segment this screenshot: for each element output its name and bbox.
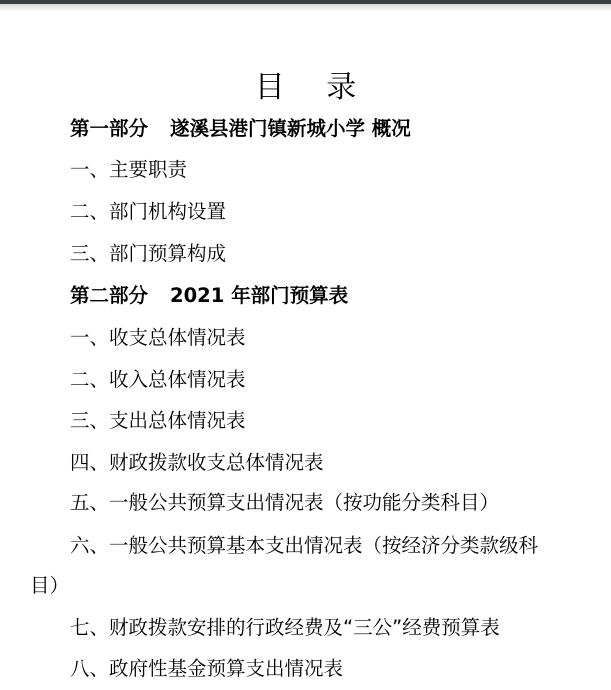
toc-item: 八、政府性基金预算支出情况表 — [70, 656, 343, 682]
page-title: 目 录 — [0, 68, 611, 108]
top-bar-shadow — [0, 4, 611, 12]
part-two-heading: 第二部分2021 年部门预算表 — [70, 283, 348, 309]
part-two-title: 2021 年部门预算表 — [170, 284, 348, 307]
toc-item: 三、部门预算构成 — [70, 241, 226, 267]
part-two-label: 第二部分 — [70, 284, 148, 307]
toc-item-continuation: 目） — [30, 573, 69, 599]
toc-item: 五、一般公共预算支出情况表（按功能分类科目） — [70, 490, 499, 516]
toc-item: 一、收支总体情况表 — [70, 325, 246, 351]
toc-item: 六、一般公共预算基本支出情况表（按经济分类款级科 — [70, 533, 538, 559]
toc-item: 七、财政拨款安排的行政经费及“三公”经费预算表 — [70, 615, 500, 641]
toc-item: 二、收入总体情况表 — [70, 367, 246, 393]
toc-item: 一、主要职责 — [70, 157, 187, 183]
toc-item: 三、支出总体情况表 — [70, 408, 246, 434]
part-one-heading: 第一部分遂溪县港门镇新城小学 概况 — [70, 116, 411, 142]
part-one-label: 第一部分 — [70, 117, 148, 140]
toc-item: 四、财政拨款收支总体情况表 — [70, 450, 324, 476]
part-one-title: 遂溪县港门镇新城小学 概况 — [170, 117, 411, 140]
toc-item: 二、部门机构设置 — [70, 199, 226, 225]
